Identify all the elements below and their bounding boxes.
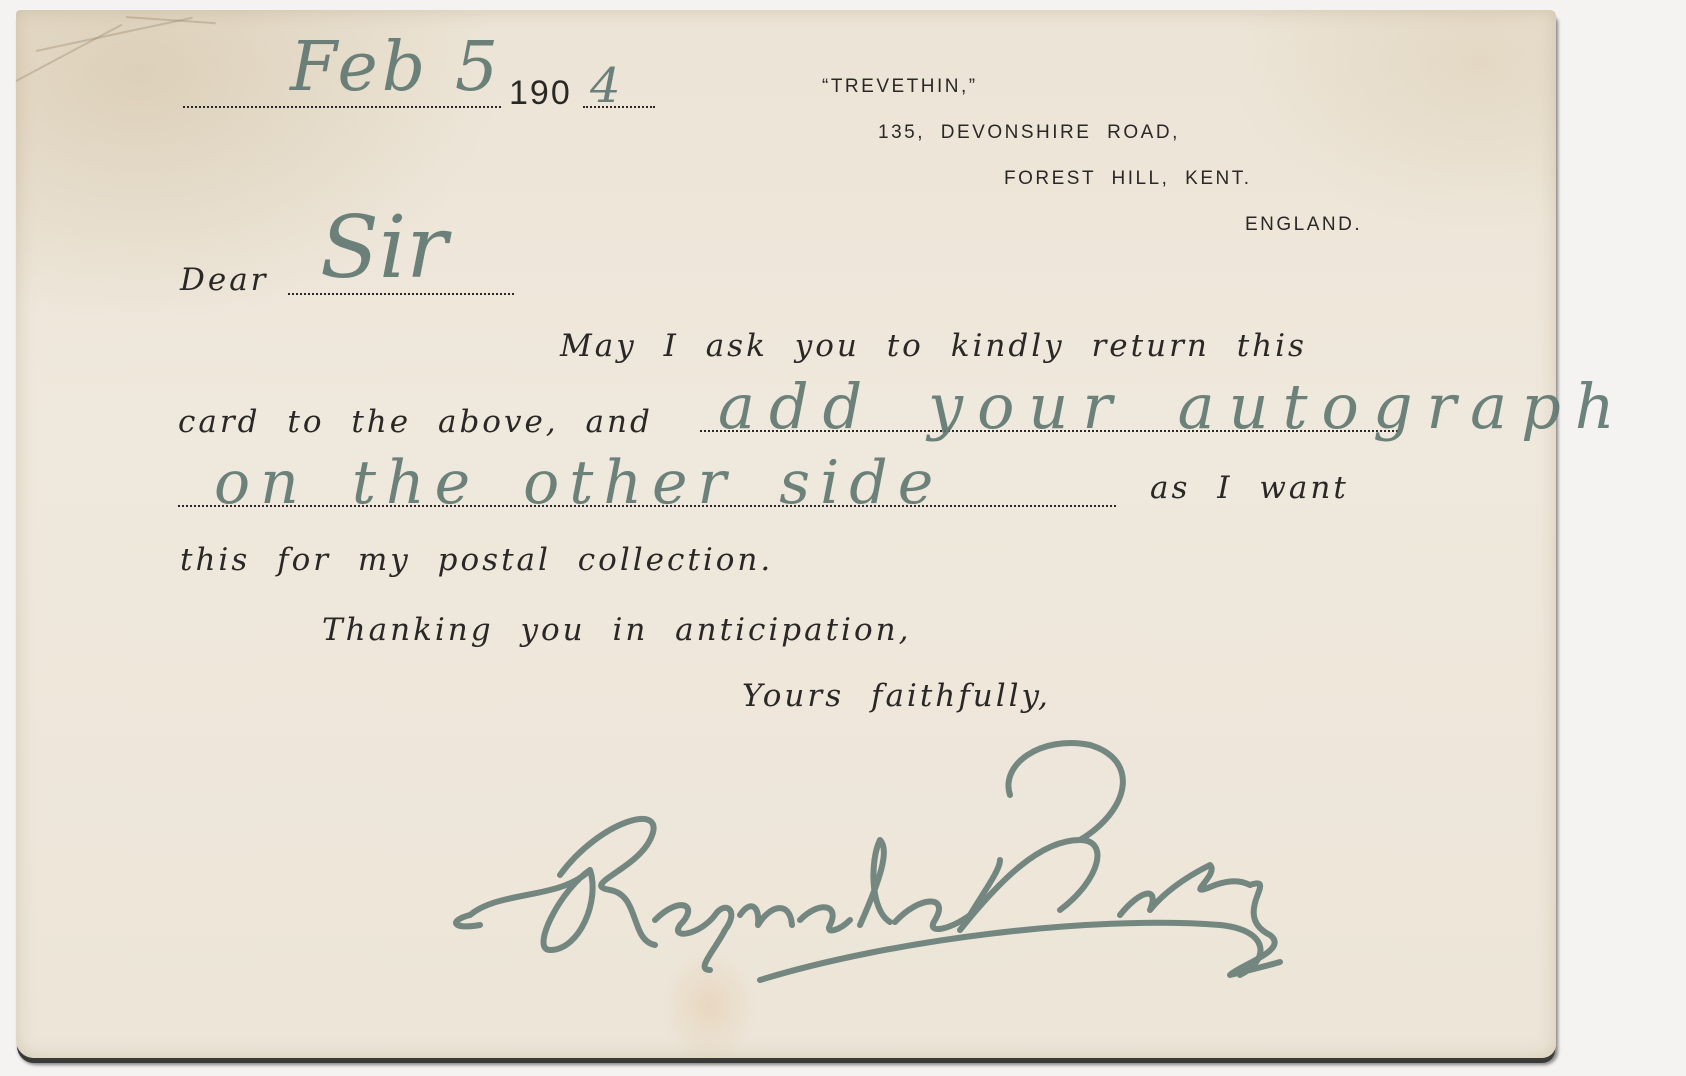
body-line-3-printed: as I want (1150, 470, 1349, 506)
body-line-1: May I ask you to kindly return this (560, 328, 1307, 364)
salutation-printed: Dear (180, 262, 269, 298)
address-country: ENGLAND. (1245, 214, 1362, 236)
corner-crease (16, 24, 123, 82)
body-line-2-printed: card to the above, and (178, 404, 653, 440)
body-line-2-handwritten: add your autograph (718, 370, 1629, 443)
closing-thanks: Thanking you in anticipation, (322, 612, 911, 648)
address-locality: FOREST HILL, KENT. (1004, 168, 1252, 190)
corner-crease (36, 17, 193, 52)
body-line-4: this for my postal collection. (180, 542, 773, 578)
printed-year-prefix: 190 (509, 74, 572, 113)
handwritten-year-digit: 4 (590, 58, 621, 114)
body-line-3-handwritten: on the other side (214, 448, 943, 518)
salutation-handwritten: Sir (320, 198, 448, 298)
address-street: 135, DEVONSHIRE ROAD, (878, 122, 1180, 144)
signature-flourish (440, 700, 1440, 980)
handwritten-date: Feb 5 (290, 28, 502, 107)
address-house-name: “TREVETHIN,” (822, 76, 978, 98)
